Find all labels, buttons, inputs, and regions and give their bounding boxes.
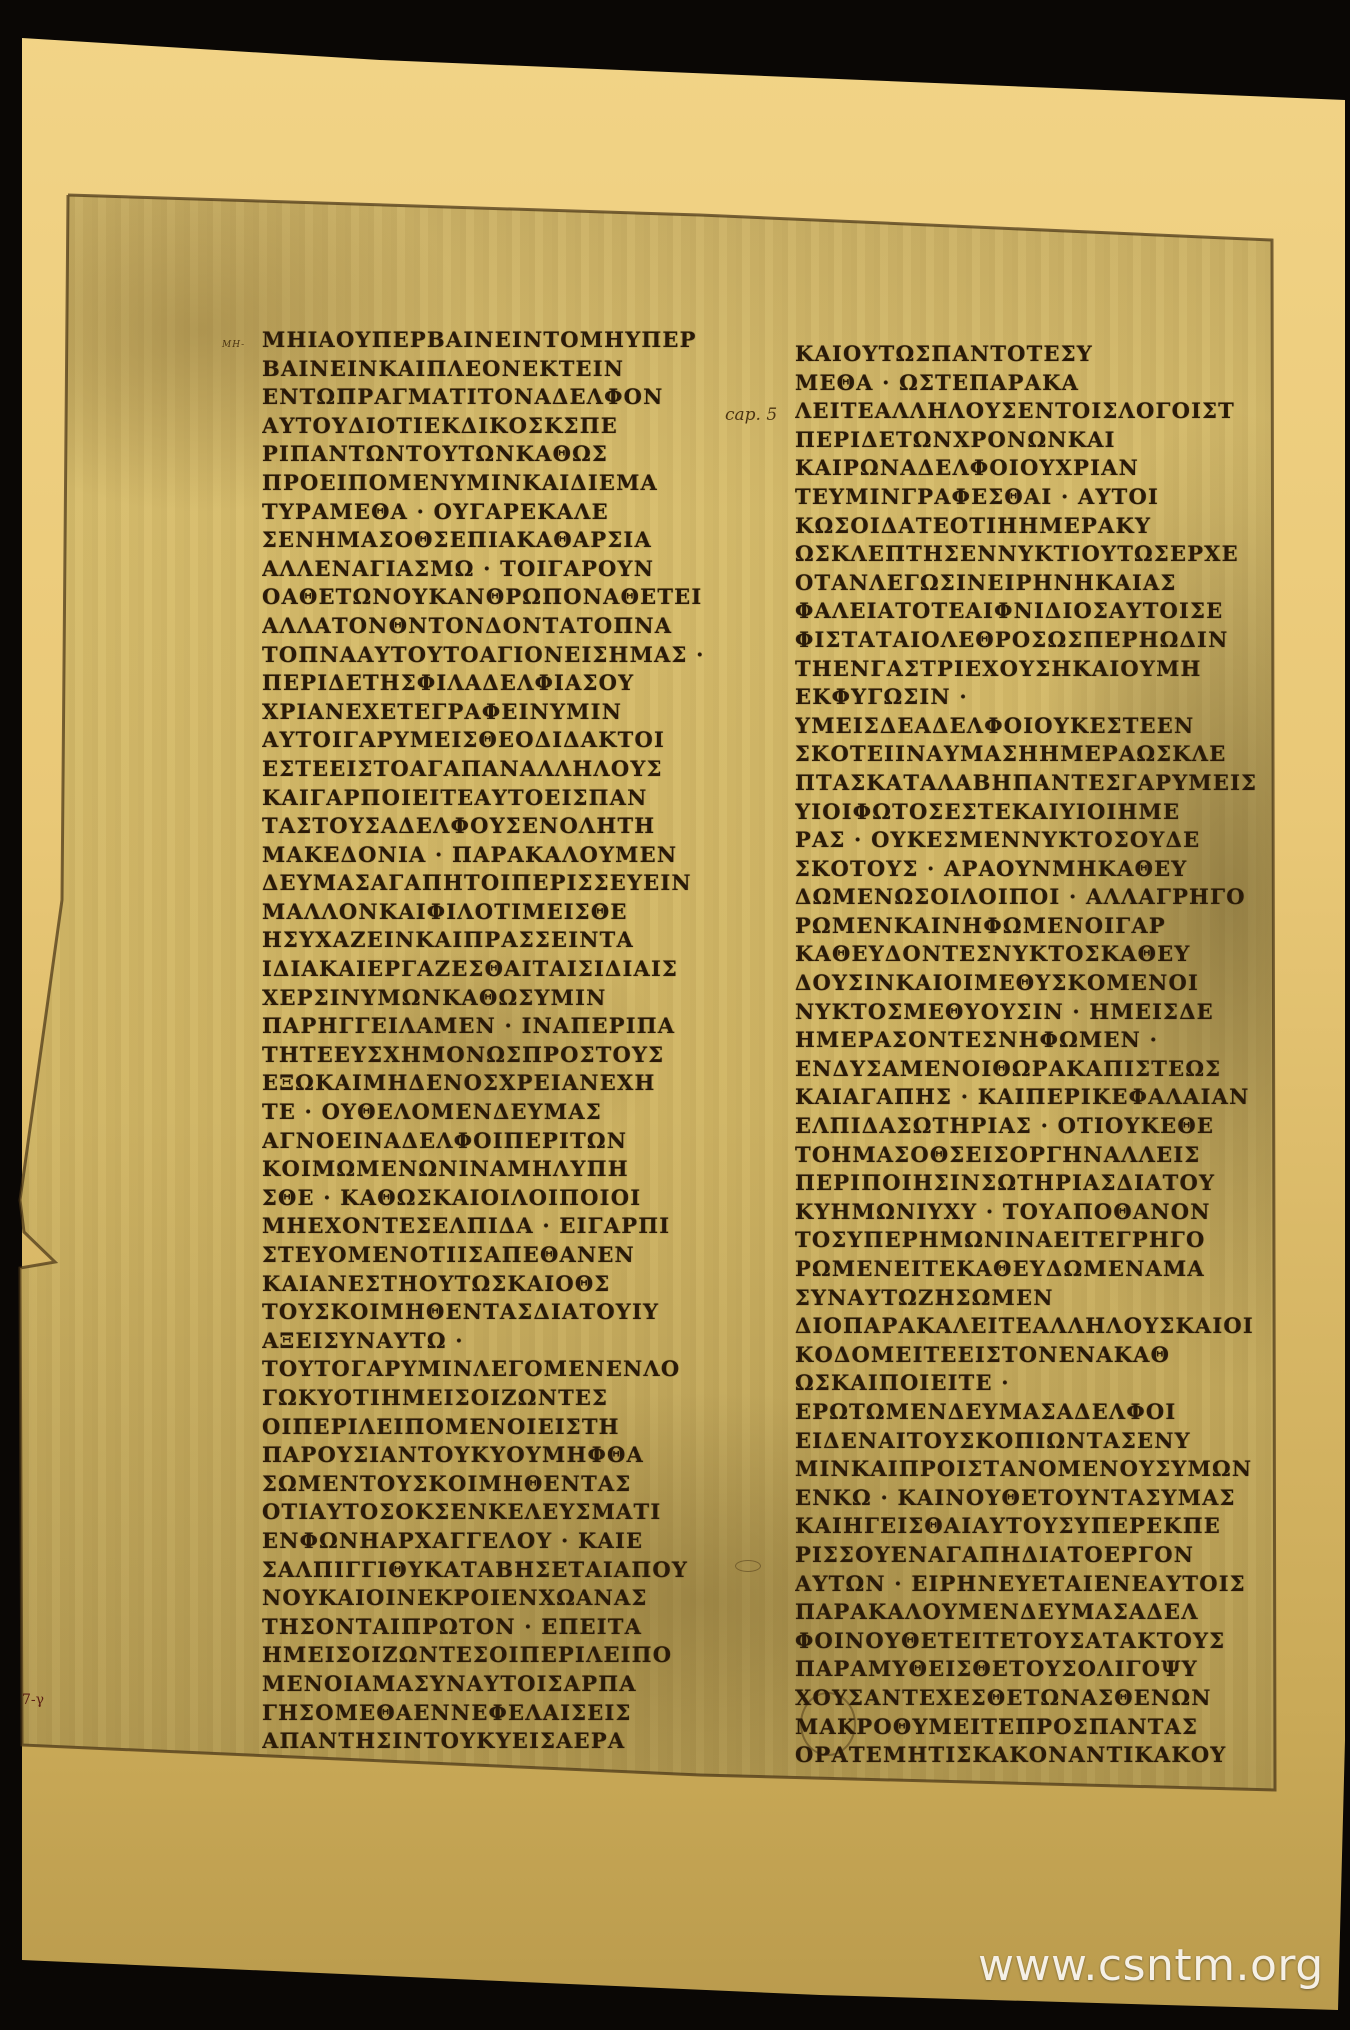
manuscript-line: ΓΗΣΟΜΕΘΑΕΝΝΕΦΕΛΑΙΣΕΙΣ bbox=[262, 1699, 702, 1728]
manuscript-line: ΑΥΤΟΥΔΙΟΤΙΕΚΔΙΚΟΣΚΣΠΕ bbox=[262, 412, 702, 441]
manuscript-line: ΚΥΗΜΩΝΙΥΧΥ · ΤΟΥΑΠΟΘΑΝΟΝ bbox=[795, 1198, 1265, 1227]
manuscript-line: ΠΡΟΕΙΠΟΜΕΝΥΜΙΝΚΑΙΔΙΕΜΑ bbox=[262, 469, 702, 498]
manuscript-line: ΚΑΙΟΥΤΩΣΠΑΝΤΟΤΕΣΥ bbox=[795, 340, 1265, 369]
manuscript-line: ΜΕΘΑ · ΩΣΤΕΠΑΡΑΚΑ bbox=[795, 369, 1265, 398]
text-column-left: ΜΗΙΑΟΥΠΕΡΒΑΙΝΕΙΝΤΟΜΗΥΠΕΡΒΑΙΝΕΙΝΚΑΙΠΛΕΟΝΕ… bbox=[262, 326, 702, 1756]
manuscript-line: ΠΑΡΑΚΑΛΟΥΜΕΝΔΕΥΜΑΣΑΔΕΛ bbox=[795, 1598, 1265, 1627]
parchment-stain bbox=[735, 1560, 761, 1572]
manuscript-line: ΤΥΡΑΜΕΘΑ · ΟΥΓΑΡΕΚΑΛΕ bbox=[262, 498, 702, 527]
manuscript-line: ΠΑΡΟΥΣΙΑΝΤΟΥΚΥΟΥΜΗΦΘΑ bbox=[262, 1441, 702, 1470]
manuscript-line: ΕΞΩΚΑΙΜΗΔΕΝΟΣΧΡΕΙΑΝΕΧΗ bbox=[262, 1069, 702, 1098]
manuscript-line: ΛΕΙΤΕΑΛΛΗΛΟΥΣΕΝΤΟΙΣΛΟΓΟΙΣΤ bbox=[795, 397, 1265, 426]
watermark-url: www.csntm.org bbox=[978, 1940, 1324, 1991]
manuscript-line: ΦΙΣΤΑΤΑΙΟΛΕΘΡΟΣΩΣΠΕΡΗΩΔΙΝ bbox=[795, 626, 1265, 655]
manuscript-line: ΚΑΙΑΓΑΠΗΣ · ΚΑΙΠΕΡΙΚΕΦΑΛΑΙΑΝ bbox=[795, 1083, 1265, 1112]
manuscript-line: ΟΤΑΝΛΕΓΩΣΙΝΕΙΡΗΝΗΚΑΙΑΣ bbox=[795, 569, 1265, 598]
manuscript-line: ΡΩΜΕΝΕΙΤΕΚΑΘΕΥΔΩΜΕΝΑΜΑ bbox=[795, 1255, 1265, 1284]
manuscript-line: ΤΗΣΟΝΤΑΙΠΡΩΤΟΝ · ΕΠΕΙΤΑ bbox=[262, 1613, 702, 1642]
manuscript-line: ΕΚΦΥΓΩΣΙΝ · bbox=[795, 683, 1265, 712]
manuscript-line: ΩΣΚΑΙΠΟΙΕΙΤΕ · bbox=[795, 1369, 1265, 1398]
manuscript-line: ΣΤΕΥΟΜΕΝΟΤΙΙΣΑΠΕΘΑΝΕΝ bbox=[262, 1241, 702, 1270]
manuscript-line: ΟΡΑΤΕΜΗΤΙΣΚΑΚΟΝΑΝΤΙΚΑΚΟΥ bbox=[795, 1741, 1265, 1770]
manuscript-line: ΕΝΤΩΠΡΑΓΜΑΤΙΤΟΝΑΔΕΛΦΟΝ bbox=[262, 383, 702, 412]
manuscript-line: ΜΑΚΕΔΟΝΙΑ · ΠΑΡΑΚΑΛΟΥΜΕΝ bbox=[262, 841, 702, 870]
manuscript-line: ΜΑΚΡΟΘΥΜΕΙΤΕΠΡΟΣΠΑΝΤΑΣ bbox=[795, 1713, 1265, 1742]
manuscript-line: ΚΑΘΕΥΔΟΝΤΕΣΝΥΚΤΟΣΚΑΘΕΥ bbox=[795, 940, 1265, 969]
manuscript-line: ΑΓΝΟΕΙΝΑΔΕΛΦΟΙΠΕΡΙΤΩΝ bbox=[262, 1127, 702, 1156]
manuscript-line: ΔΟΥΣΙΝΚΑΙΟΙΜΕΘΥΣΚΟΜΕΝΟΙ bbox=[795, 969, 1265, 998]
manuscript-line: ΕΝΦΩΝΗΑΡΧΑΓΓΕΛΟΥ · ΚΑΙΕ bbox=[262, 1527, 702, 1556]
manuscript-line: ΦΑΛΕΙΑΤΟΤΕΑΙΦΝΙΔΙΟΣΑΥΤΟΙΣΕ bbox=[795, 597, 1265, 626]
manuscript-line: ΣΕΝΗΜΑΣΟΘΣΕΠΙΑΚΑΘΑΡΣΙΑ bbox=[262, 526, 702, 555]
manuscript-line: ΚΩΣΟΙΔΑΤΕΟΤΙΗΗΜΕΡΑΚΥ bbox=[795, 512, 1265, 541]
manuscript-line: ΡΙΣΣΟΥΕΝΑΓΑΠΗΔΙΑΤΟΕΡΓΟΝ bbox=[795, 1541, 1265, 1570]
manuscript-line: ΣΚΟΤΟΥΣ · ΑΡΑΟΥΝΜΗΚΑΘΕΥ bbox=[795, 855, 1265, 884]
manuscript-line: ΑΠΑΝΤΗΣΙΝΤΟΥΚΥΕΙΣΑΕΡΑ bbox=[262, 1727, 702, 1756]
margin-note-chapter: cap. 5 bbox=[725, 405, 777, 425]
manuscript-line: ΗΜΕΡΑΣΟΝΤΕΣΝΗΦΩΜΕΝ · bbox=[795, 1026, 1265, 1055]
text-column-right: ΚΑΙΟΥΤΩΣΠΑΝΤΟΤΕΣΥΜΕΘΑ · ΩΣΤΕΠΑΡΑΚΑΛΕΙΤΕΑ… bbox=[795, 340, 1265, 1770]
manuscript-line: ΣΩΜΕΝΤΟΥΣΚΟΙΜΗΘΕΝΤΑΣ bbox=[262, 1470, 702, 1499]
manuscript-line: ΥΙΟΙΦΩΤΟΣΕΣΤΕΚΑΙΥΙΟΙΗΜΕ bbox=[795, 798, 1265, 827]
manuscript-line: ΜΑΛΛΟΝΚΑΙΦΙΛΟΤΙΜΕΙΣΘΕ bbox=[262, 898, 702, 927]
manuscript-line: ΑΛΛΑΤΟΝΘΝΤΟΝΔΟΝΤΑΤΟΠΝΑ bbox=[262, 612, 702, 641]
manuscript-line: ΤΟΥΤΟΓΑΡΥΜΙΝΛΕΓΟΜΕΝΕΝΛΟ bbox=[262, 1355, 702, 1384]
manuscript-line: ΚΑΙΓΑΡΠΟΙΕΙΤΕΑΥΤΟΕΙΣΠΑΝ bbox=[262, 784, 702, 813]
manuscript-line: ΡΩΜΕΝΚΑΙΝΗΦΩΜΕΝΟΙΓΑΡ bbox=[795, 912, 1265, 941]
manuscript-line: ΜΗΕΧΟΝΤΕΣΕΛΠΙΔΑ · ΕΙΓΑΡΠΙ bbox=[262, 1212, 702, 1241]
manuscript-line: ΝΥΚΤΟΣΜΕΘΥΟΥΣΙΝ · ΗΜΕΙΣΔΕ bbox=[795, 998, 1265, 1027]
margin-note-bottom: 7-γ bbox=[22, 1692, 44, 1708]
manuscript-line: ΕΛΠΙΔΑΣΩΤΗΡΙΑΣ · ΟΤΙΟΥΚΕΘΕ bbox=[795, 1112, 1265, 1141]
manuscript-line: ΜΗΙΑΟΥΠΕΡΒΑΙΝΕΙΝΤΟΜΗΥΠΕΡ bbox=[262, 326, 702, 355]
manuscript-line: ΤΗΤΕΕΥΣΧΗΜΟΝΩΣΠΡΟΣΤΟΥΣ bbox=[262, 1041, 702, 1070]
manuscript-line: ΣΥΝΑΥΤΩΖΗΣΩΜΕΝ bbox=[795, 1284, 1265, 1313]
manuscript-line: ΩΣΚΛΕΠΤΗΣΕΝΝΥΚΤΙΟΥΤΩΣΕΡΧΕ bbox=[795, 540, 1265, 569]
manuscript-line: ΑΥΤΩΝ · ΕΙΡΗΝΕΥΕΤΑΙΕΝΕΑΥΤΟΙΣ bbox=[795, 1570, 1265, 1599]
manuscript-line: ΚΟΔΟΜΕΙΤΕΕΙΣΤΟΝΕΝΑΚΑΘ bbox=[795, 1341, 1265, 1370]
manuscript-line: ΠΕΡΙΠΟΙΗΣΙΝΣΩΤΗΡΙΑΣΔΙΑΤΟΥ bbox=[795, 1169, 1265, 1198]
manuscript-line: ΤΟΠΝΑΑΥΤΟΥΤΟΑΓΙΟΝΕΙΣΗΜΑΣ · bbox=[262, 641, 702, 670]
manuscript-line: ΤΕΥΜΙΝΓΡΑΦΕΣΘΑΙ · ΑΥΤΟΙ bbox=[795, 483, 1265, 512]
manuscript-line: ΔΩΜΕΝΩΣΟΙΛΟΙΠΟΙ · ΑΛΛΑΓΡΗΓΟ bbox=[795, 883, 1265, 912]
manuscript-line: ΔΕΥΜΑΣΑΓΑΠΗΤΟΙΠΕΡΙΣΣΕΥΕΙΝ bbox=[262, 869, 702, 898]
manuscript-line: ΡΑΣ · ΟΥΚΕΣΜΕΝΝΥΚΤΟΣΟΥΔΕ bbox=[795, 826, 1265, 855]
manuscript-line: ΦΟΙΝΟΥΘΕΤΕΙΤΕΤΟΥΣΑΤΑΚΤΟΥΣ bbox=[795, 1627, 1265, 1656]
manuscript-line: ΠΑΡΗΓΓΕΙΛΑΜΕΝ · ΙΝΑΠΕΡΙΠΑ bbox=[262, 1012, 702, 1041]
manuscript-line: ΚΟΙΜΩΜΕΝΩΝΙΝΑΜΗΛΥΠΗ bbox=[262, 1155, 702, 1184]
manuscript-line: ΤΟΥΣΚΟΙΜΗΘΕΝΤΑΣΔΙΑΤΟΥΙΥ bbox=[262, 1298, 702, 1327]
manuscript-line: ΟΑΘΕΤΩΝΟΥΚΑΝΘΡΩΠΟΝΑΘΕΤΕΙ bbox=[262, 583, 702, 612]
manuscript-line: ΟΙΠΕΡΙΛΕΙΠΟΜΕΝΟΙΕΙΣΤΗ bbox=[262, 1413, 702, 1442]
manuscript-line: ΑΛΛΕΝΑΓΙΑΣΜΩ · ΤΟΙΓΑΡΟΥΝ bbox=[262, 555, 702, 584]
manuscript-line: ΕΝΔΥΣΑΜΕΝΟΙΘΩΡΑΚΑΠΙΣΤΕΩΣ bbox=[795, 1055, 1265, 1084]
manuscript-line: ΗΜΕΙΣΟΙΖΩΝΤΕΣΟΙΠΕΡΙΛΕΙΠΟ bbox=[262, 1641, 702, 1670]
manuscript-line: ΧΟΥΣΑΝΤΕΧΕΣΘΕΤΩΝΑΣΘΕΝΩΝ bbox=[795, 1684, 1265, 1713]
manuscript-line: ΧΕΡΣΙΝΥΜΩΝΚΑΘΩΣΥΜΙΝ bbox=[262, 984, 702, 1013]
manuscript-line: ΗΣΥΧΑΖΕΙΝΚΑΙΠΡΑΣΣΕΙΝΤΑ bbox=[262, 926, 702, 955]
manuscript-line: ΥΜΕΙΣΔΕΑΔΕΛΦΟΙΟΥΚΕΣΤΕΕΝ bbox=[795, 712, 1265, 741]
manuscript-line: ΕΡΩΤΩΜΕΝΔΕΥΜΑΣΑΔΕΛΦΟΙ bbox=[795, 1398, 1265, 1427]
manuscript-line: ΚΑΙΑΝΕΣΤΗΟΥΤΩΣΚΑΙΟΘΣ bbox=[262, 1270, 702, 1299]
manuscript-line: ΜΙΝΚΑΙΠΡΟΙΣΤΑΝΟΜΕΝΟΥΣΥΜΩΝ bbox=[795, 1455, 1265, 1484]
manuscript-line: ΑΥΤΟΙΓΑΡΥΜΕΙΣΘΕΟΔΙΔΑΚΤΟΙ bbox=[262, 726, 702, 755]
manuscript-line: ΑΞΕΙΣΥΝΑΥΤΩ · bbox=[262, 1327, 702, 1356]
manuscript-line: ΓΩΚΥΟΤΙΗΜΕΙΣΟΙΖΩΝΤΕΣ bbox=[262, 1384, 702, 1413]
manuscript-line: ΔΙΟΠΑΡΑΚΑΛΕΙΤΕΑΛΛΗΛΟΥΣΚΑΙΟΙ bbox=[795, 1312, 1265, 1341]
manuscript-line: ΒΑΙΝΕΙΝΚΑΙΠΛΕΟΝΕΚΤΕΙΝ bbox=[262, 355, 702, 384]
manuscript-line: ΕΙΔΕΝΑΙΤΟΥΣΚΟΠΙΩΝΤΑΣΕΝΥ bbox=[795, 1427, 1265, 1456]
manuscript-line: ΕΣΤΕΕΙΣΤΟΑΓΑΠΑΝΑΛΛΗΛΟΥΣ bbox=[262, 755, 702, 784]
manuscript-line: ΙΔΙΑΚΑΙΕΡΓΑΖΕΣΘΑΙΤΑΙΣΙΔΙΑΙΣ bbox=[262, 955, 702, 984]
manuscript-line: ΣΚΟΤΕΙΙΝΑΥΜΑΣΗΗΜΕΡΑΩΣΚΛΕ bbox=[795, 740, 1265, 769]
manuscript-line: ΤΑΣΤΟΥΣΑΔΕΛΦΟΥΣΕΝΟΛΗΤΗ bbox=[262, 812, 702, 841]
manuscript-line: ΝΟΥΚΑΙΟΙΝΕΚΡΟΙΕΝΧΩΑΝΑΣ bbox=[262, 1584, 702, 1613]
manuscript-line: ΟΤΙΑΥΤΟΣΟΚΣΕΝΚΕΛΕΥΣΜΑΤΙ bbox=[262, 1498, 702, 1527]
manuscript-line: ΤΟΣΥΠΕΡΗΜΩΝΙΝΑΕΙΤΕΓΡΗΓΟ bbox=[795, 1226, 1265, 1255]
manuscript-line: ΠΕΡΙΔΕΤΩΝΧΡΟΝΩΝΚΑΙ bbox=[795, 426, 1265, 455]
margin-note-left: ΜΗ- bbox=[222, 340, 245, 350]
manuscript-line: ΠΕΡΙΔΕΤΗΣΦΙΛΑΔΕΛΦΙΑΣΟΥ bbox=[262, 669, 702, 698]
manuscript-line: ΣΘΕ · ΚΑΘΩΣΚΑΙΟΙΛΟΙΠΟΙΟΙ bbox=[262, 1184, 702, 1213]
manuscript-line: ΡΙΠΑΝΤΩΝΤΟΥΤΩΝΚΑΘΩΣ bbox=[262, 440, 702, 469]
manuscript-line: ΠΤΑΣΚΑΤΑΛΑΒΗΠΑΝΤΕΣΓΑΡΥΜΕΙΣ bbox=[795, 769, 1265, 798]
manuscript-line: ΜΕΝΟΙΑΜΑΣΥΝΑΥΤΟΙΣΑΡΠΑ bbox=[262, 1670, 702, 1699]
manuscript-line: ΚΑΙΗΓΕΙΣΘΑΙΑΥΤΟΥΣΥΠΕΡΕΚΠΕ bbox=[795, 1512, 1265, 1541]
manuscript-line: ΣΑΛΠΙΓΓΙΘΥΚΑΤΑΒΗΣΕΤΑΙΑΠΟΥ bbox=[262, 1556, 702, 1585]
manuscript-line: ΤΕ · ΟΥΘΕΛΟΜΕΝΔΕΥΜΑΣ bbox=[262, 1098, 702, 1127]
manuscript-line: ΤΟΗΜΑΣΟΘΣΕΙΣΟΡΓΗΝΑΛΛΕΙΣ bbox=[795, 1141, 1265, 1170]
manuscript-line: ΠΑΡΑΜΥΘΕΙΣΘΕΤΟΥΣΟΛΙΓΟΨΥ bbox=[795, 1655, 1265, 1684]
manuscript-line: ΚΑΙΡΩΝΑΔΕΛΦΟΙΟΥΧΡΙΑΝ bbox=[795, 454, 1265, 483]
manuscript-line: ΧΡΙΑΝΕΧΕΤΕΓΡΑΦΕΙΝΥΜΙΝ bbox=[262, 698, 702, 727]
manuscript-line: ΤΗΕΝΓΑΣΤΡΙΕΧΟΥΣΗΚΑΙΟΥΜΗ bbox=[795, 655, 1265, 684]
manuscript-line: ΕΝΚΩ · ΚΑΙΝΟΥΘΕΤΟΥΝΤΑΣΥΜΑΣ bbox=[795, 1484, 1265, 1513]
